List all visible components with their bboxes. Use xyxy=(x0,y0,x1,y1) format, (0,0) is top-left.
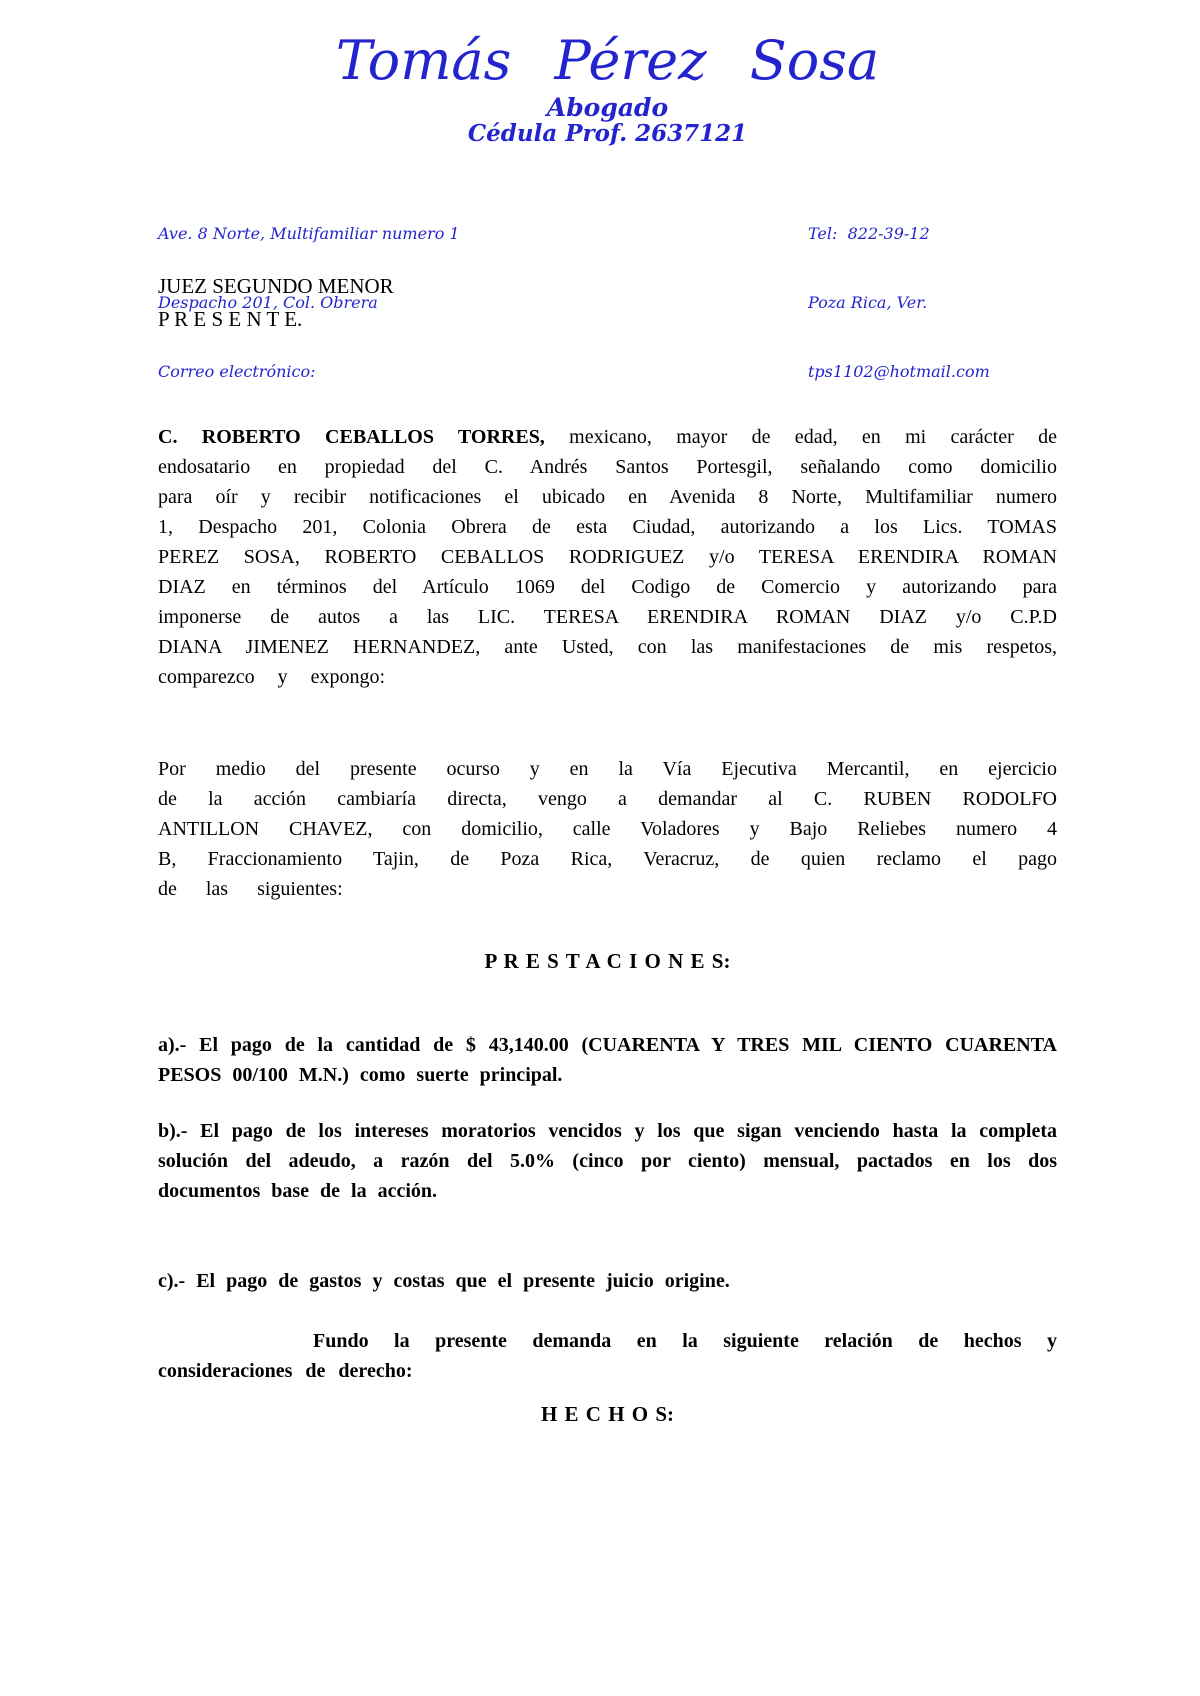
prestacion-item-b: b).- El pago de los intereses moratorios… xyxy=(158,1116,1057,1206)
document-page: Tomás Pérez Sosa Abogado Cédula Prof. 26… xyxy=(0,0,1200,1696)
demand-paragraph: Por medio del presente ocurso y en la Ví… xyxy=(158,754,1057,904)
intro-paragraph: C. ROBERTO CEBALLOS TORRES, mexicano, ma… xyxy=(158,422,1057,692)
plaintiff-name: C. ROBERTO CEBALLOS TORRES, xyxy=(158,426,545,448)
recipient-line-judge: JUEZ SEGUNDO MENOR xyxy=(158,270,1057,303)
recipient-block: JUEZ SEGUNDO MENOR P R E S E N T E. xyxy=(158,270,1057,336)
professional-license: Cédula Prof. 2637121 xyxy=(158,121,1057,147)
email-address: tps1102@hotmail.com xyxy=(808,360,990,383)
fundo-paragraph: Fundo la presente demanda en la siguient… xyxy=(158,1326,1057,1386)
phone-number: Tel: 822-39-12 xyxy=(808,222,990,245)
hechos-heading: H E C H O S: xyxy=(158,1399,1057,1429)
lawyer-name: Tomás Pérez Sosa xyxy=(158,30,1057,92)
prestacion-item-c: c).- El pago de gastos y costas que el p… xyxy=(158,1266,1057,1296)
recipient-line-presente: P R E S E N T E. xyxy=(158,303,1057,336)
prestacion-item-a: a).- El pago de la cantidad de $ 43,140.… xyxy=(158,1030,1057,1090)
intro-paragraph-text: mexicano, mayor de edad, en mi carácter … xyxy=(158,426,1057,688)
letterhead: Tomás Pérez Sosa Abogado Cédula Prof. 26… xyxy=(158,30,1057,147)
prestaciones-heading: P R E S T A C I O N E S: xyxy=(158,946,1057,976)
lawyer-profession: Abogado xyxy=(158,94,1057,121)
